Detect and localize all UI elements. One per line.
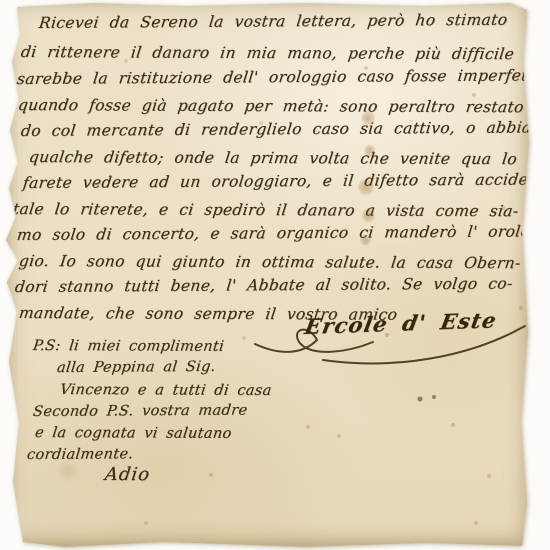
letter-paper: Ricevei da Sereno la vostra lettera, per… bbox=[5, 2, 532, 548]
letter-line: farete vedere ad un orologgiaro, e il di… bbox=[22, 170, 545, 192]
postscript-line: cordialmente. bbox=[26, 446, 134, 463]
letter-line: gio. Io sono qui giunto in ottima salute… bbox=[18, 252, 522, 272]
letter-line: Ricevei da Sereno la vostra lettera, per… bbox=[38, 11, 509, 32]
letter-line: tale lo riterete, e ci spedirò il danaro… bbox=[12, 200, 520, 220]
letter-line: do col mercante di renderglielo caso sia… bbox=[20, 118, 533, 140]
foxing-spots bbox=[5, 2, 7, 4]
postscript-line: alla Peppina al Sig. bbox=[56, 359, 217, 376]
postscript-line: e la cognata vi salutano bbox=[34, 425, 233, 442]
letter-line: sarebbe la ristituzione dell' orologgio … bbox=[16, 66, 550, 88]
paper-shadow: Ricevei da Sereno la vostra lettera, per… bbox=[0, 0, 550, 550]
letter-line: qualche difetto; onde la prima volta che… bbox=[28, 148, 518, 168]
postscript-line: Vincenzo e a tutti di casa bbox=[59, 382, 273, 399]
letter-line: mo solo di concerto, e sarà organico ci … bbox=[16, 222, 547, 244]
postscript-line: P.S: li miei complimenti bbox=[32, 338, 225, 355]
farewell-adio: Adio bbox=[104, 464, 152, 485]
letter-line: di rittenere il danaro in mia mano, perc… bbox=[20, 43, 515, 63]
postscript-line: Secondo P.S. vostra madre bbox=[32, 403, 248, 420]
letter-line: dori stanno tutti bene, l' Abbate al sol… bbox=[14, 275, 514, 296]
manuscript-scan: Ricevei da Sereno la vostra lettera, per… bbox=[0, 0, 550, 550]
letter-line: quando fosse già pagato per metà: sono p… bbox=[17, 96, 550, 117]
